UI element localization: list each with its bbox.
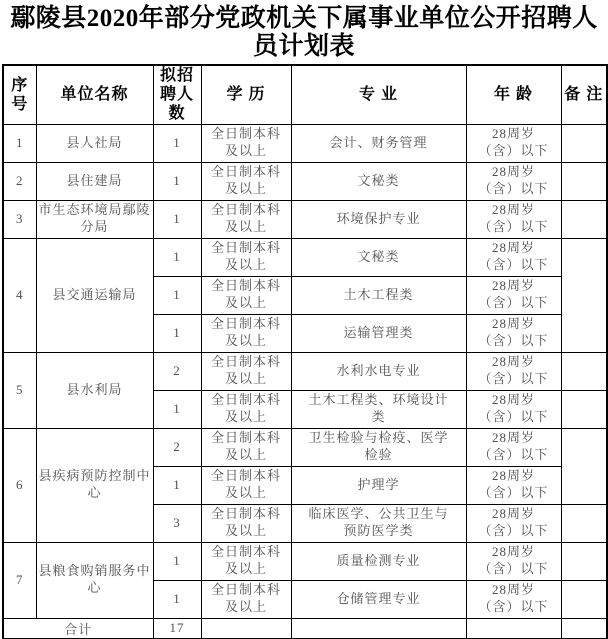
education-cell: 全日制本科 及以上 (201, 580, 291, 618)
col-header-unit: 单位名称 (36, 65, 153, 124)
seq-cell: 6 (3, 428, 36, 542)
unit-cell: 市生态环境局鄢陵分局 (36, 200, 153, 238)
age-cell: 28周岁 （含）以下 (466, 428, 561, 466)
count-cell: 2 (153, 352, 201, 390)
age-cell: 28周岁 （含）以下 (466, 542, 561, 580)
count-cell: 1 (153, 276, 201, 314)
major-cell: 土木工程类 (291, 276, 466, 314)
seq-cell: 7 (3, 542, 36, 618)
count-cell: 1 (153, 542, 201, 580)
count-cell: 1 (153, 466, 201, 504)
note-cell (561, 390, 607, 428)
recruitment-plan-table: 序号 单位名称 拟招聘人数 学 历 专 业 年 龄 备 注 1县人社局1全日制本… (2, 64, 608, 639)
education-cell: 全日制本科 及以上 (201, 314, 291, 352)
count-cell: 1 (153, 162, 201, 200)
note-cell (561, 504, 607, 542)
total-age-cell-empty (466, 618, 561, 639)
age-cell: 28周岁 （含）以下 (466, 504, 561, 542)
unit-cell: 县粮食购销服务中心 (36, 542, 153, 618)
seq-cell: 1 (3, 124, 36, 162)
age-cell: 28周岁 （含）以下 (466, 466, 561, 504)
seq-cell: 4 (3, 238, 36, 352)
education-cell: 全日制本科 及以上 (201, 466, 291, 504)
note-cell (561, 352, 607, 390)
seq-cell: 2 (3, 162, 36, 200)
table-row: 3市生态环境局鄢陵分局1全日制本科 及以上环境保护专业28周岁 （含）以下 (3, 200, 607, 238)
count-cell: 1 (153, 124, 201, 162)
unit-cell: 县住建局 (36, 162, 153, 200)
education-cell: 全日制本科 及以上 (201, 238, 291, 276)
note-cell (561, 200, 607, 238)
col-header-education: 学 历 (201, 65, 291, 124)
unit-cell: 县交通运输局 (36, 238, 153, 352)
total-row: 合计 17 (3, 618, 607, 639)
major-cell: 仓储管理专业 (291, 580, 466, 618)
page-title: 鄢陵县2020年部分党政机关下属事业单位公开招聘人员计划表 (0, 0, 608, 64)
note-cell (561, 238, 607, 352)
count-cell: 1 (153, 314, 201, 352)
seq-cell: 5 (3, 352, 36, 428)
count-cell: 1 (153, 238, 201, 276)
note-cell (561, 428, 607, 504)
education-cell: 全日制本科 及以上 (201, 352, 291, 390)
table-row: 1县人社局1全日制本科 及以上会计、财务管理28周岁 （含）以下 (3, 124, 607, 162)
major-cell: 会计、财务管理 (291, 124, 466, 162)
total-education-cell-empty (201, 618, 291, 639)
table-row: 6县疾病预防控制中心2全日制本科 及以上卫生检验与检疫、医学 检验28周岁 （含… (3, 428, 607, 466)
count-cell: 1 (153, 580, 201, 618)
major-cell: 护理学 (291, 466, 466, 504)
note-cell (561, 162, 607, 200)
count-cell: 1 (153, 200, 201, 238)
major-cell: 土木工程类、环境设计 类 (291, 390, 466, 428)
col-header-major: 专 业 (291, 65, 466, 124)
unit-cell: 县疾病预防控制中心 (36, 428, 153, 542)
unit-cell: 县水利局 (36, 352, 153, 428)
seq-cell: 3 (3, 200, 36, 238)
col-header-note: 备 注 (561, 65, 607, 124)
total-count: 17 (153, 618, 201, 639)
table-row: 5县水利局2全日制本科 及以上水利水电专业28周岁 （含）以下 (3, 352, 607, 390)
table-row: 7县粮食购销服务中心1全日制本科 及以上质量检测专业28周岁 （含）以下 (3, 542, 607, 580)
count-cell: 3 (153, 504, 201, 542)
table-row: 2县住建局1全日制本科 及以上文秘类28周岁 （含）以下 (3, 162, 607, 200)
major-cell: 运输管理类 (291, 314, 466, 352)
note-cell (561, 542, 607, 580)
age-cell: 28周岁 （含）以下 (466, 162, 561, 200)
education-cell: 全日制本科 及以上 (201, 162, 291, 200)
age-cell: 28周岁 （含）以下 (466, 238, 561, 276)
age-cell: 28周岁 （含）以下 (466, 200, 561, 238)
education-cell: 全日制本科 及以上 (201, 542, 291, 580)
major-cell: 临床医学、公共卫生与 预防医学类 (291, 504, 466, 542)
age-cell: 28周岁 （含）以下 (466, 390, 561, 428)
count-cell: 2 (153, 428, 201, 466)
table-row: 4县交通运输局1全日制本科 及以上文秘类28周岁 （含）以下 (3, 238, 607, 276)
total-major-cell-empty (291, 618, 466, 639)
unit-cell: 县人社局 (36, 124, 153, 162)
header-row: 序号 单位名称 拟招聘人数 学 历 专 业 年 龄 备 注 (3, 65, 607, 124)
age-cell: 28周岁 （含）以下 (466, 314, 561, 352)
major-cell: 水利水电专业 (291, 352, 466, 390)
note-cell (561, 580, 607, 618)
education-cell: 全日制本科 及以上 (201, 200, 291, 238)
major-cell: 质量检测专业 (291, 542, 466, 580)
major-cell: 文秘类 (291, 238, 466, 276)
major-cell: 文秘类 (291, 162, 466, 200)
total-note-cell-empty (561, 618, 607, 639)
education-cell: 全日制本科 及以上 (201, 428, 291, 466)
major-cell: 卫生检验与检疫、医学 检验 (291, 428, 466, 466)
col-header-seq: 序号 (3, 65, 36, 124)
count-cell: 1 (153, 390, 201, 428)
note-cell (561, 124, 607, 162)
col-header-age: 年 龄 (466, 65, 561, 124)
age-cell: 28周岁 （含）以下 (466, 352, 561, 390)
page: 鄢陵县2020年部分党政机关下属事业单位公开招聘人员计划表 序号 单位名称 拟招… (0, 0, 608, 639)
education-cell: 全日制本科 及以上 (201, 276, 291, 314)
major-cell: 环境保护专业 (291, 200, 466, 238)
col-header-count: 拟招聘人数 (153, 65, 201, 124)
age-cell: 28周岁 （含）以下 (466, 124, 561, 162)
age-cell: 28周岁 （含）以下 (466, 580, 561, 618)
education-cell: 全日制本科 及以上 (201, 504, 291, 542)
education-cell: 全日制本科 及以上 (201, 124, 291, 162)
total-label: 合计 (3, 618, 153, 639)
age-cell: 28周岁 （含）以下 (466, 276, 561, 314)
education-cell: 全日制本科 及以上 (201, 390, 291, 428)
